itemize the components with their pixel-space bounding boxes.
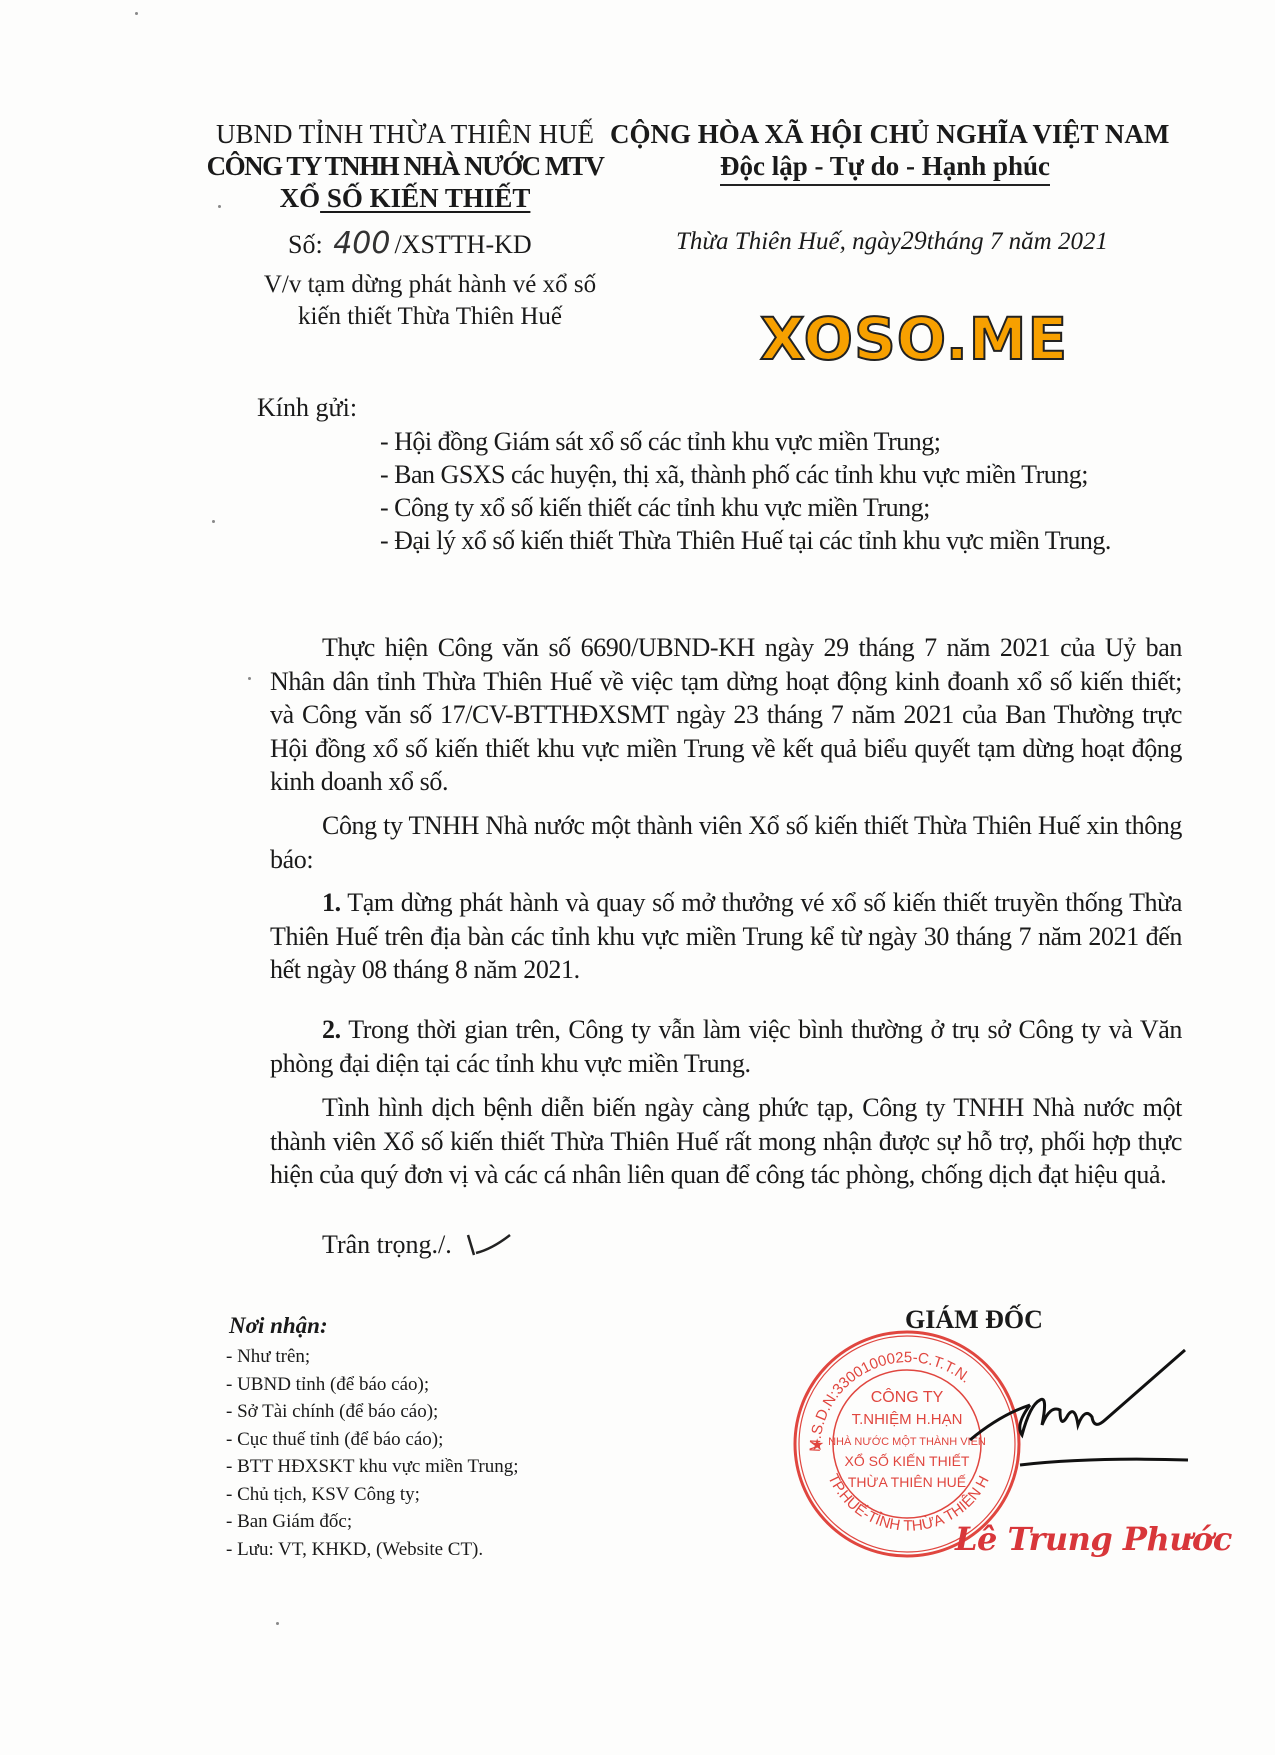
document-page: UBND TỈNH THỪA THIÊN HUẾ CÔNG TY TNHH NH… xyxy=(0,0,1275,1755)
recipient-item: - Đại lý xổ số kiến thiết Thừa Thiên Huế… xyxy=(380,524,1111,557)
svg-text:T.NHIỆM H.HẠN: T.NHIỆM H.HẠN xyxy=(852,1411,963,1428)
cc-item: - Sở Tài chính (để báo cáo); xyxy=(226,1398,519,1426)
closing: Trân trọng./. xyxy=(322,1230,514,1260)
body-paragraph-5: Tình hình dịch bệnh diễn biến ngày càng … xyxy=(270,1091,1182,1192)
scan-speck xyxy=(248,677,251,680)
issuer-company-name: XỔ SỐ KIẾN THIẾT xyxy=(205,182,605,214)
national-motto: Độc lập - Tự do - Hạnh phúc xyxy=(720,150,1050,186)
cc-list: - Như trên; - UBND tỉnh (để báo cáo); - … xyxy=(226,1343,519,1563)
watermark-logo: XOSO.ME xyxy=(760,305,1068,373)
recipient-item: - Ban GSXS các huyện, thị xã, thành phố … xyxy=(380,458,1111,491)
initial-mark-icon xyxy=(464,1231,514,1259)
scan-speck xyxy=(135,12,138,15)
svg-text:THỪA THIÊN HUẾ: THỪA THIÊN HUẾ xyxy=(848,1474,966,1490)
recipient-item: - Công ty xổ số kiến thiết các tỉnh khu … xyxy=(380,491,1111,524)
scan-speck xyxy=(276,1622,279,1625)
body-item-2: 2. Trong thời gian trên, Công ty vẫn làm… xyxy=(270,1013,1182,1080)
cc-item: - BTT HĐXSKT khu vực miền Trung; xyxy=(226,1453,519,1481)
subject: V/v tạm dừng phát hành vé xổ số kiến thi… xyxy=(240,269,620,333)
handwritten-day: 29 xyxy=(901,226,927,255)
cc-item: - Ban Giám đốc; xyxy=(226,1508,519,1536)
signer-name: Lê Trung Phước xyxy=(955,1520,1232,1558)
cc-title: Nơi nhận: xyxy=(229,1313,328,1339)
national-header: CỘNG HÒA XÃ HỘI CHỦ NGHĨA VIỆT NAM Độc l… xyxy=(610,118,1160,186)
scan-speck xyxy=(218,205,221,208)
national-title: CỘNG HÒA XÃ HỘI CHỦ NGHĨA VIỆT NAM xyxy=(610,118,1160,150)
scan-speck xyxy=(212,520,215,523)
svg-text:CÔNG TY: CÔNG TY xyxy=(871,1387,944,1406)
signature-icon xyxy=(960,1345,1190,1475)
recipient-item: - Hội đồng Giám sát xổ số các tỉnh khu v… xyxy=(380,425,1111,458)
svg-text:XỔ SỐ KIẾN THIẾT: XỔ SỐ KIẾN THIẾT xyxy=(845,1452,970,1469)
greeting: Kính gửi: xyxy=(257,393,357,423)
cc-item: - Chủ tịch, KSV Công ty; xyxy=(226,1481,519,1509)
cc-item: - Lưu: VT, KHKD, (Website CT). xyxy=(226,1536,519,1564)
cc-item: - Cục thuế tỉnh (để báo cáo); xyxy=(226,1426,519,1454)
issuer-authority: UBND TỈNH THỪA THIÊN HUẾ xyxy=(205,118,605,150)
issuer-header: UBND TỈNH THỪA THIÊN HUẾ CÔNG TY TNHH NH… xyxy=(205,118,605,214)
body-paragraph-1: Thực hiện Công văn số 6690/UBND-KH ngày … xyxy=(270,631,1182,799)
cc-item: - Như trên; xyxy=(226,1343,519,1371)
cc-item: - UBND tỉnh (để báo cáo); xyxy=(226,1371,519,1399)
issuer-company: CÔNG TY TNHH NHÀ NƯỚC MTV xyxy=(205,150,605,182)
date-line: Thừa Thiên Huế, ngày29tháng 7 năm 2021 xyxy=(676,226,1108,256)
recipient-list: - Hội đồng Giám sát xổ số các tỉnh khu v… xyxy=(380,425,1111,557)
document-number: Số: 400/XSTTH-KD xyxy=(288,226,532,261)
body-paragraph-2: Công ty TNHH Nhà nước một thành viên Xổ … xyxy=(270,809,1182,876)
svg-text:★: ★ xyxy=(810,1437,824,1454)
body-item-1: 1. Tạm dừng phát hành và quay số mở thưở… xyxy=(270,886,1182,987)
handwritten-number: 400 xyxy=(329,226,394,261)
signer-title: GIÁM ĐỐC xyxy=(905,1305,1043,1335)
